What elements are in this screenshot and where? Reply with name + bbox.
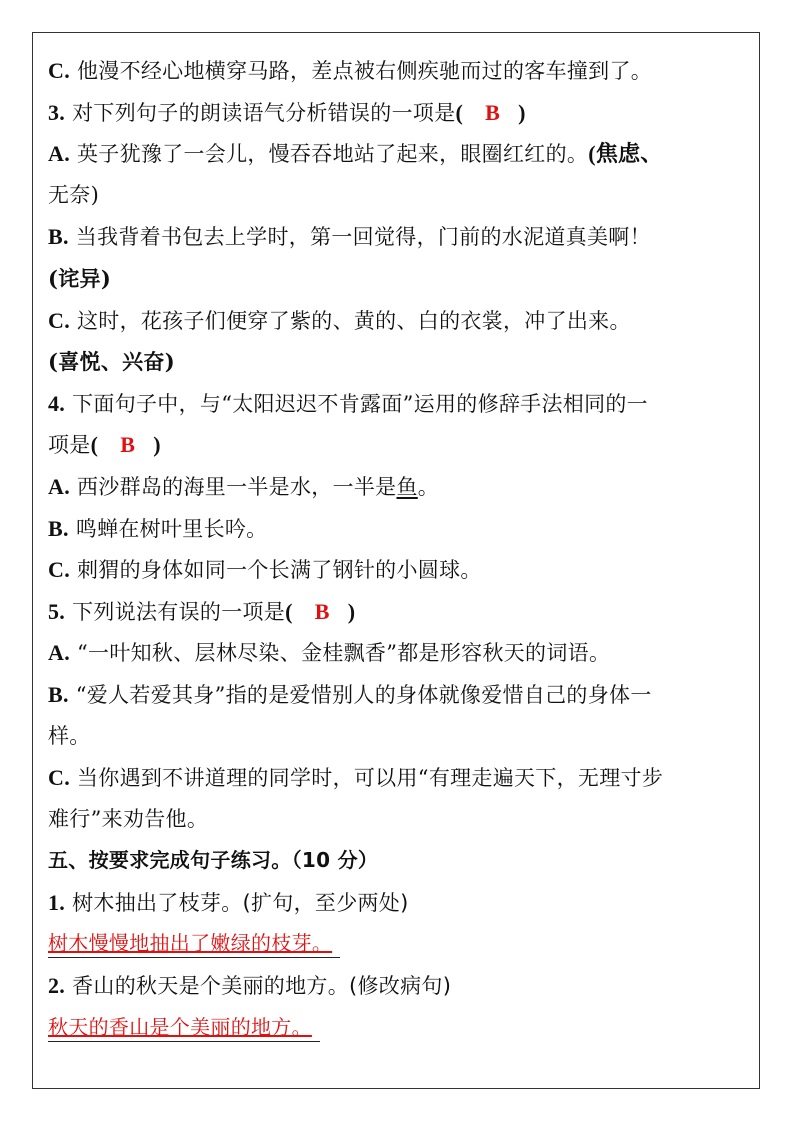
option-tone: (诧异) xyxy=(48,266,111,291)
underlined-word: 鱼 xyxy=(396,475,417,499)
question-number: 5. xyxy=(48,599,65,624)
option-text-continued: 难行”来劝告他。 xyxy=(48,807,208,831)
option-text: “一叶知秋、层林尽染、金桂飘香”都是形容秋天的词语。 xyxy=(77,641,610,665)
option-label: C. xyxy=(48,308,70,333)
q3-option-c-tone: (喜悦、兴奋) xyxy=(48,341,748,383)
q4-stem: 4. 下面句子中，与“太阳迟迟不肯露面”运用的修辞手法相同的一 xyxy=(48,383,748,425)
option-label: B. xyxy=(48,516,69,541)
open-paren: ( xyxy=(91,432,99,457)
sentence-item-2: 2. 香山的秋天是个美丽的地方。(修改病句) xyxy=(48,965,748,1007)
option-text: 英子犹豫了一会儿，慢吞吞地站了起来，眼圈红红的。 xyxy=(77,142,588,166)
q3-stem: 3. 对下列句子的朗读语气分析错误的一项是(B) xyxy=(48,92,748,134)
question-number: 3. xyxy=(48,100,65,125)
sentence-item-2-answer-row: 秋天的香山是个美丽的地方。 xyxy=(48,1007,748,1049)
q4-option-b: B. 鸣蝉在树叶里长吟。 xyxy=(48,508,748,550)
q5-option-a: A. “一叶知秋、层林尽染、金桂飘香”都是形容秋天的词语。 xyxy=(48,632,748,674)
option-tone-continued: 无奈) xyxy=(48,183,99,207)
q5-stem: 5. 下列说法有误的一项是(B) xyxy=(48,591,748,633)
answer-letter: B xyxy=(463,92,518,134)
close-paren: ) xyxy=(518,100,526,125)
close-paren: ) xyxy=(348,599,356,624)
item-number: 1. xyxy=(48,890,65,915)
open-paren: ( xyxy=(285,599,293,624)
option-label: C. xyxy=(48,765,70,790)
answer-text: 秋天的香山是个美丽的地方。 xyxy=(48,1013,320,1042)
q4-option-c: C. 刺猬的身体如同一个长满了钢针的小圆球。 xyxy=(48,549,748,591)
q3-option-c: C. 这时，花孩子们便穿了紫的、黄的、白的衣裳，冲了出来。 xyxy=(48,300,748,342)
sentence-item-1-answer-row: 树木慢慢地抽出了嫩绿的枝芽。 xyxy=(48,923,748,965)
q3-option-a-continued: 无奈) xyxy=(48,175,748,217)
item-instruction: (修改病句) xyxy=(349,974,451,998)
option-text: 西沙群岛的海里一半是水，一半是 xyxy=(77,475,397,499)
item-number: 2. xyxy=(48,973,65,998)
option-text: “爱人若爱其身”指的是爱惜别人的身体就像爱惜自己的身体一 xyxy=(76,683,652,707)
answer-text-content: 树木慢慢地抽出了嫩绿的枝芽。 xyxy=(48,931,332,955)
option-label: B. xyxy=(48,682,69,707)
option-text: 他漫不经心地横穿马路，差点被右侧疾驰而过的客车撞到了。 xyxy=(77,59,652,83)
question-stem-continued: 项是 xyxy=(48,433,91,457)
option-label: C. xyxy=(48,58,70,83)
option-label: B. xyxy=(48,224,69,249)
option-tone: (喜悦、兴奋) xyxy=(48,349,175,374)
option-label: A. xyxy=(48,474,70,499)
option-label: C. xyxy=(48,557,70,582)
answer-text: 树木慢慢地抽出了嫩绿的枝芽。 xyxy=(48,929,340,958)
close-paren: ) xyxy=(153,432,161,457)
option-label: A. xyxy=(48,141,70,166)
question-stem: 下列说法有误的一项是 xyxy=(72,600,285,624)
question-number: 4. xyxy=(48,391,65,416)
q4-option-a: A. 西沙群岛的海里一半是水，一半是鱼。 xyxy=(48,466,748,508)
option-text: 鸣蝉在树叶里长吟。 xyxy=(76,517,268,541)
option-tone: (焦虑、 xyxy=(588,141,663,166)
answer-letter: B xyxy=(98,424,153,466)
option-text: 刺猬的身体如同一个长满了钢针的小圆球。 xyxy=(77,558,482,582)
item-sentence: 香山的秋天是个美丽的地方。 xyxy=(72,974,349,998)
option-label: A. xyxy=(48,640,70,665)
sentence-item-1: 1. 树木抽出了枝芽。(扩句，至少两处) xyxy=(48,882,748,924)
answer-letter: B xyxy=(293,591,348,633)
option-text-continued: 样。 xyxy=(48,724,91,748)
q5-option-c: C. 当你遇到不讲道理的同学时，可以用“有理走遍天下，无理寸步 xyxy=(48,757,748,799)
q5-option-c-continued: 难行”来劝告他。 xyxy=(48,799,748,841)
section-heading: 五、按要求完成句子练习。（10 分） xyxy=(48,840,748,882)
exam-content: C. 他漫不经心地横穿马路，差点被右侧疾驰而过的客车撞到了。 3. 对下列句子的… xyxy=(48,50,748,1048)
open-paren: ( xyxy=(456,100,464,125)
option-text: 当你遇到不讲道理的同学时，可以用“有理走遍天下，无理寸步 xyxy=(77,766,663,790)
option-text: 这时，花孩子们便穿了紫的、黄的、白的衣裳，冲了出来。 xyxy=(77,309,631,333)
q3-option-a: A. 英子犹豫了一会儿，慢吞吞地站了起来，眼圈红红的。(焦虑、 xyxy=(48,133,748,175)
option-text-end: 。 xyxy=(418,475,439,499)
q5-option-b: B. “爱人若爱其身”指的是爱惜别人的身体就像爱惜自己的身体一 xyxy=(48,674,748,716)
question-stem: 对下列句子的朗读语气分析错误的一项是 xyxy=(72,101,455,125)
option-text: 当我背着书包去上学时，第一回觉得，门前的水泥道真美啊！ xyxy=(76,225,651,249)
q5-option-b-continued: 样。 xyxy=(48,716,748,758)
question-stem: 下面句子中，与“太阳迟迟不肯露面”运用的修辞手法相同的一 xyxy=(72,392,648,416)
item-sentence: 树木抽出了枝芽。 xyxy=(72,891,242,915)
q4-stem-continued: 项是(B) xyxy=(48,424,748,466)
q2-option-c: C. 他漫不经心地横穿马路，差点被右侧疾驰而过的客车撞到了。 xyxy=(48,50,748,92)
q3-option-b-tone: (诧异) xyxy=(48,258,748,300)
answer-text-content: 秋天的香山是个美丽的地方。 xyxy=(48,1015,312,1039)
item-instruction: (扩句，至少两处) xyxy=(243,891,409,915)
q3-option-b: B. 当我背着书包去上学时，第一回觉得，门前的水泥道真美啊！ xyxy=(48,216,748,258)
